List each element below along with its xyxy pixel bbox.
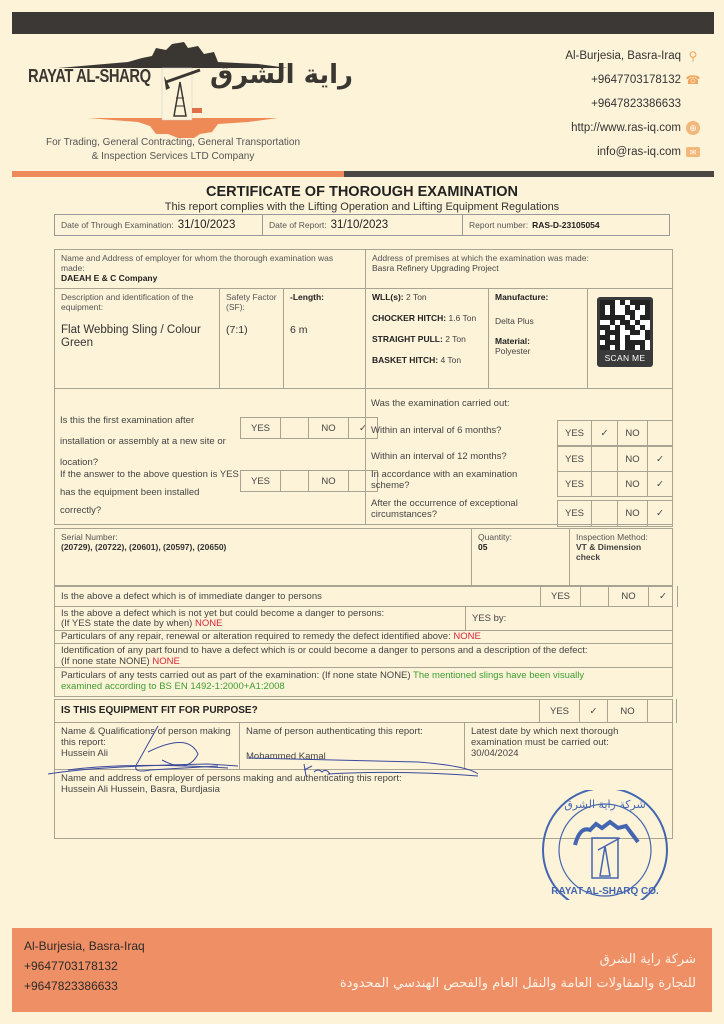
choker-hitch: 1.6 Ton xyxy=(449,313,477,323)
interval-no-box[interactable] xyxy=(648,421,672,445)
header-orange-divider xyxy=(12,171,344,177)
interval-question: After the occurrence of exceptional circ… xyxy=(371,498,551,520)
basket-hitch: 4 Ton xyxy=(440,355,461,365)
interval-yes-no: YESNO✓ xyxy=(557,446,673,472)
first-exam-yes-box[interactable] xyxy=(281,418,309,438)
material: Polyester xyxy=(495,346,581,356)
inspection-method-cell: Inspection Method: VT & Dimension check xyxy=(569,528,673,586)
svg-text:RAYAT AL-SHARQ CO.: RAYAT AL-SHARQ CO. xyxy=(551,886,659,897)
contact-block: Al-Burjesia, Basra-Iraq⚲ +9647703178132☎… xyxy=(565,44,700,164)
header-gray-divider xyxy=(344,171,714,177)
date-row: Date of Through Examination: 31/10/2023 … xyxy=(54,214,670,236)
qr-code-pattern xyxy=(600,300,650,350)
premises-value: Basra Refinery Upgrading Project xyxy=(372,263,666,273)
mail-icon: ✉ xyxy=(686,147,700,157)
length-cell: -Length: 6 m xyxy=(283,288,366,389)
fit-no-box[interactable] xyxy=(648,699,676,723)
wll-cell: WLL(s): 2 Ton CHOCKER HITCH: 1.6 Ton STR… xyxy=(365,288,489,389)
interval-no-box[interactable]: ✓ xyxy=(648,472,672,496)
interval-yes-no: YESNO✓ xyxy=(557,471,673,497)
footer-phone-2[interactable]: +9647823386633 xyxy=(24,976,145,996)
svg-text:شركة راية الشرق: شركة راية الشرق xyxy=(564,798,646,811)
straight-pull: 2 Ton xyxy=(445,334,466,344)
check-icon: ✓ xyxy=(656,479,664,490)
footer-arabic-services: للتجارة والمقاولات العامة والنقل العام و… xyxy=(340,972,696,996)
exam-date: 31/10/2023 xyxy=(178,219,236,231)
check-icon: ✓ xyxy=(656,454,664,465)
tests-row: Particulars of any tests carried out as … xyxy=(54,667,673,697)
wll: 2 Ton xyxy=(406,292,427,302)
footer-arabic-company: شركة راية الشرق xyxy=(340,948,696,972)
fit-yes-box[interactable]: ✓ xyxy=(580,699,608,723)
company-stamp: شركة راية الشرق RAYAT AL-SHARQ CO. xyxy=(540,790,670,900)
interval-yes-no: YESNO✓ xyxy=(557,500,673,527)
safety-factor: (7:1) xyxy=(226,324,277,337)
next-exam-cell: Latest date by which next thorough exami… xyxy=(464,722,673,770)
length: 6 m xyxy=(290,324,359,337)
immediate-danger-yes-box[interactable] xyxy=(581,586,609,607)
employer-cell: Name and Address of employer for whom th… xyxy=(54,249,366,289)
defective-part-row: Identification of any part found to have… xyxy=(54,643,673,668)
company-name-ar: راية الشرق xyxy=(210,60,353,90)
signature-scribbles xyxy=(38,722,478,784)
footer-phone-1[interactable]: +9647703178132 xyxy=(24,956,145,976)
contact-address: Al-Burjesia, Basra-Iraq⚲ xyxy=(565,44,700,68)
quantity: 05 xyxy=(478,542,563,552)
contact-phone-2[interactable]: +9647823386633 xyxy=(565,92,700,116)
premises-cell: Address of premises at which the examina… xyxy=(365,249,673,289)
fit-for-purpose-yes-no: YES ✓ NO xyxy=(539,699,677,723)
immediate-danger-no-box[interactable]: ✓ xyxy=(649,586,677,607)
examination-carried-out-header: Was the examination carried out: xyxy=(371,398,510,409)
company-name-en: RAYAT AL-SHARQ xyxy=(28,66,151,87)
contact-email[interactable]: info@ras-iq.com✉ xyxy=(565,140,700,164)
qr-code[interactable]: SCAN ME xyxy=(597,297,653,367)
repair-row: Particulars of any repair, renewal or al… xyxy=(54,630,673,644)
future-danger-value: NONE xyxy=(195,618,222,629)
phone-icon: ☎ xyxy=(686,73,700,87)
globe-icon: ⊕ xyxy=(686,121,700,135)
equipment-description-cell: Description and identification of the eq… xyxy=(54,288,220,389)
immediate-danger-yes-no: YES NO ✓ xyxy=(540,586,678,607)
exam-date-cell: Date of Through Examination: 31/10/2023 xyxy=(55,215,263,235)
check-icon: ✓ xyxy=(656,508,664,519)
footer-contact: Al-Burjesia, Basra-Iraq +9647703178132 +… xyxy=(24,936,145,996)
repair-value: NONE xyxy=(453,631,480,642)
interval-question: Within an interval of 12 months? xyxy=(371,451,551,462)
yes-by-cell: YES by: xyxy=(465,606,673,631)
report-date: 31/10/2023 xyxy=(331,219,389,231)
interval-question: Within an interval of 6 months? xyxy=(371,425,551,436)
certificate-subtitle: This report complies with the Lifting Op… xyxy=(0,201,724,213)
future-danger-cell: Is the above a defect which is not yet b… xyxy=(54,606,466,631)
employer-name: DAEAH E & C Company xyxy=(61,273,359,283)
footer-arabic: شركة راية الشرق للتجارة والمقاولات العام… xyxy=(340,948,696,996)
question-first-exam: Is this the first examination after inst… xyxy=(60,410,240,473)
certificate-title: CERTIFICATE OF THOROUGH EXAMINATION xyxy=(0,184,724,200)
installed-yes-box[interactable] xyxy=(281,471,309,491)
defective-part-value: NONE xyxy=(152,656,179,667)
scan-me-label: SCAN ME xyxy=(600,353,650,363)
safety-factor-cell: Safety Factor (SF): (7:1) xyxy=(219,288,284,389)
contact-phone-1[interactable]: +9647703178132☎ xyxy=(565,68,700,92)
interval-question: In accordance with an examination scheme… xyxy=(371,469,551,491)
next-exam-date: 30/04/2024 xyxy=(471,748,666,759)
installed-yes-no: YES NO xyxy=(240,470,378,492)
interval-yes-box[interactable]: ✓ xyxy=(592,421,618,445)
company-tagline: For Trading, General Contracting, Genera… xyxy=(28,136,318,164)
report-date-cell: Date of Report: 31/10/2023 xyxy=(263,215,463,235)
contact-website[interactable]: http://www.ras-iq.com⊕ xyxy=(565,116,700,140)
quantity-cell: Quantity: 05 xyxy=(471,528,570,586)
interval-yes-box[interactable] xyxy=(592,501,618,526)
header-dark-bar xyxy=(12,12,714,34)
footer-address: Al-Burjesia, Basra-Iraq xyxy=(24,936,145,956)
report-number: RAS-D-23105054 xyxy=(532,220,600,230)
check-icon: ✓ xyxy=(659,591,667,602)
manufacturer: Delta Plus xyxy=(495,316,581,326)
check-icon: ✓ xyxy=(601,428,609,439)
equipment-description: Flat Webbing Sling / Colour Green xyxy=(61,324,213,350)
interval-yes-no: YES✓NO xyxy=(557,420,673,446)
check-icon: ✓ xyxy=(590,706,598,717)
report-number-cell: Report number: RAS-D-23105054 xyxy=(463,215,669,235)
manufacture-cell: Manufacture: Delta Plus Material: Polyes… xyxy=(488,288,588,389)
question-installed-correctly: If the answer to the above question is Y… xyxy=(60,466,240,520)
serial-numbers: (20729), (20722), (20601), (20597), (206… xyxy=(61,542,465,552)
location-pin-icon: ⚲ xyxy=(686,49,700,63)
interval-no-box[interactable]: ✓ xyxy=(648,501,672,526)
interval-no-box[interactable]: ✓ xyxy=(648,447,672,471)
inspection-method: VT & Dimension check xyxy=(576,542,666,562)
first-exam-yes-no: YES NO ✓ xyxy=(240,417,378,439)
interval-yes-box[interactable] xyxy=(592,472,618,496)
tests-value: examined according to BS EN 1492-1:2000+… xyxy=(61,681,666,692)
serial-cell: Serial Number: (20729), (20722), (20601)… xyxy=(54,528,472,586)
interval-yes-box[interactable] xyxy=(592,447,618,471)
